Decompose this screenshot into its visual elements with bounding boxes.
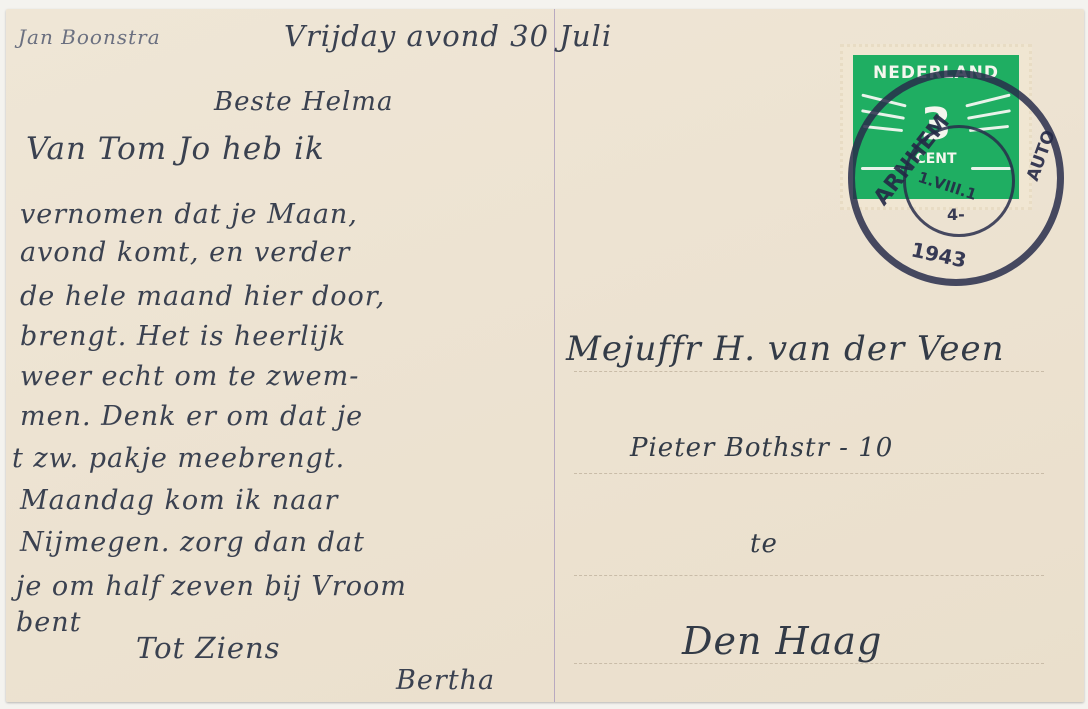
postmark-ring-text: AUTO <box>1023 128 1060 184</box>
message-line: Nijmegen. zorg dan dat <box>20 527 365 558</box>
recipient-city: Den Haag <box>682 619 882 663</box>
recipient-name: Mejuffr H. van der Veen <box>566 329 1005 369</box>
message-line: t zw. pakje meebrengt. <box>12 443 345 474</box>
message-line: men. Denk er om dat je <box>20 401 363 432</box>
message-line: weer echt om te zwem- <box>20 361 359 392</box>
message-line: avond komt, en verder <box>20 237 350 268</box>
postmark-cancellation: ARNHEM 1.VIII.1 4- 1943 AUTO <box>848 70 1064 286</box>
closing: Tot Ziens <box>136 631 281 665</box>
address-guide-line <box>574 473 1044 474</box>
sender-note: Jan Boonstra <box>18 25 161 49</box>
date-line: Vrijday avond 30 Juli <box>284 19 612 53</box>
postmark-time: 4- <box>947 205 965 224</box>
address-guide-line <box>574 575 1044 576</box>
address-guide-line <box>574 663 1044 664</box>
message-line: Van Tom Jo heb ik <box>26 131 325 167</box>
message-line: Maandag kom ik naar <box>20 485 338 516</box>
recipient-street: Pieter Bothstr - 10 <box>630 433 893 463</box>
signature: Bertha <box>396 665 495 696</box>
postmark-year: 1943 <box>909 237 968 272</box>
message-line: je om half zeven bij Vroom <box>16 571 407 602</box>
message-line: de hele maand hier door, <box>20 281 385 312</box>
message-line: bent <box>16 607 82 638</box>
greeting: Beste Helma <box>214 87 393 117</box>
message-line: brengt. Het is heerlijk <box>20 321 346 352</box>
center-divider-line <box>554 9 555 702</box>
message-line: vernomen dat je Maan, <box>20 199 358 230</box>
address-guide-line <box>574 371 1044 372</box>
recipient-preposition: te <box>750 529 778 559</box>
